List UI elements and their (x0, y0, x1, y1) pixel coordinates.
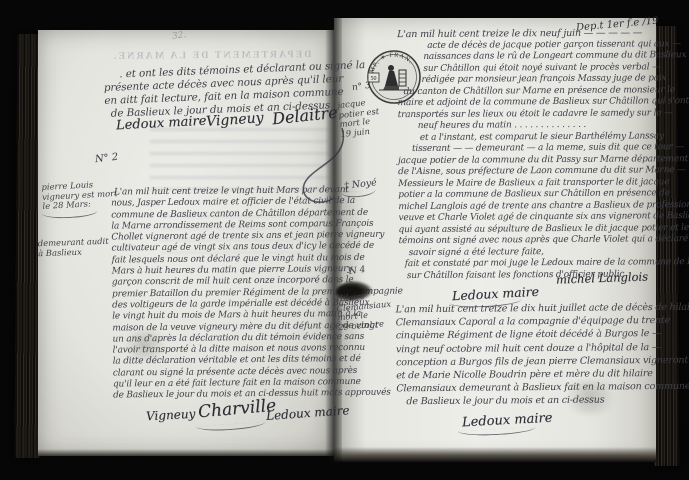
margin-note-vigneury: pierre Louisvigneury est mortle 28 Mars: (41, 179, 118, 212)
register-scan: DEPARTEMENT DE LA MARNE. 32. . et ont le… (0, 0, 689, 480)
death-act-clemansiaux: L'an mil huit cent treize le dix huit ju… (396, 301, 689, 409)
page-top-mark: 32. (171, 30, 187, 42)
paper-smudge (120, 330, 170, 360)
paper-smudge (560, 380, 620, 414)
stamp-value: 50 (371, 76, 377, 82)
handwritten-line: transportés sur les lieux ou étoit le ca… (398, 107, 689, 121)
margin-note-residence: demeurant audità Baslieux (38, 237, 109, 259)
handwritten-line: témoins ont signé avec nous après que Ch… (399, 234, 689, 248)
margin-note-clemansiaux: HilaireClemansiauxmort le29 octobre (335, 290, 393, 333)
handwritten-line: de Baslieux le jour du mois et an ci-des… (396, 393, 689, 409)
signature-vigneuy-bottom: Vigneuy (146, 407, 196, 424)
bleed-through-print-header: DEPARTEMENT DE LA MARNE. (112, 49, 312, 62)
margin-note-potier: jacquepotier estmort le19 juin (337, 97, 381, 139)
death-act-potier: L'an mil huit cent treize le dix neuf ju… (397, 27, 689, 282)
